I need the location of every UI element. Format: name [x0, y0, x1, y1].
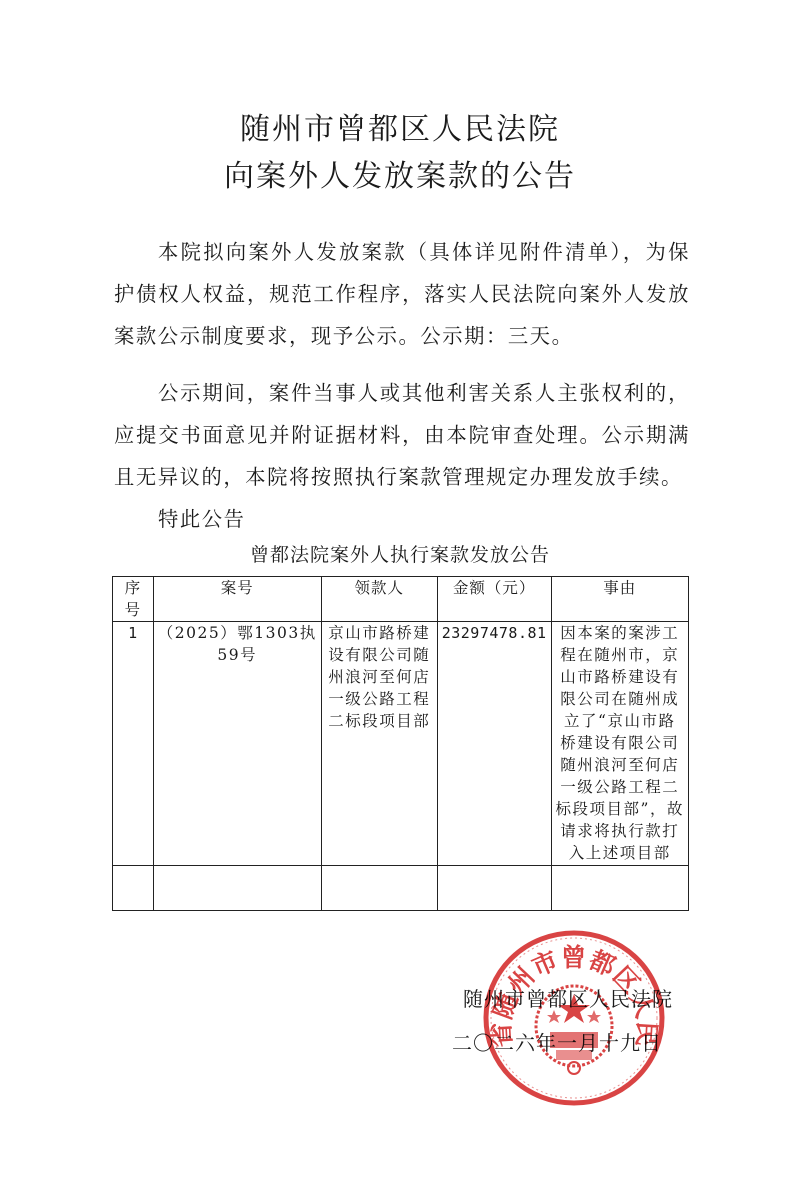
table-row: 1 （2025）鄂1303执 59号 京山市路桥建 设有限公司随 州浪河至何店 …	[113, 622, 689, 866]
cell-payee: 京山市路桥建 设有限公司随 州浪河至何店 一级公路工程 二标段项目部	[321, 622, 437, 866]
table-header-row: 序号 案号 领款人 金额（元） 事由	[113, 577, 689, 622]
case-number-line: 59号	[158, 644, 317, 666]
reason-line: 标段项目部”，故	[556, 798, 684, 820]
header-amount: 金额（元）	[437, 577, 551, 622]
payee-line: 设有限公司随	[326, 644, 433, 666]
payee-line: 京山市路桥建	[326, 622, 433, 644]
reason-line: 立了“京山市路	[556, 710, 684, 732]
payee-line: 二标段项目部	[326, 710, 433, 732]
title-notice-subject: 向案外人发放案款的公告	[0, 151, 800, 195]
payee-line: 州浪河至何店	[326, 666, 433, 688]
header-case-number: 案号	[153, 577, 321, 622]
header-index: 序号	[113, 577, 154, 622]
cell-empty	[113, 866, 154, 911]
cell-amount: 23297478.81	[437, 622, 551, 866]
paragraph-intro: 本院拟向案外人发放案款（具体详见附件清单），为保护债权人权益，规范工作程序，落实…	[114, 231, 690, 357]
reason-line: 因本案的案涉工	[556, 622, 684, 644]
title-court-name: 随州市曾都区人民法院	[0, 104, 800, 148]
disbursement-table: 序号 案号 领款人 金额（元） 事由 1 （2025）鄂1303执 59号 京山…	[112, 576, 689, 911]
table-caption: 曾都法院案外人执行案款发放公告	[112, 540, 688, 567]
national-emblem-icon	[536, 986, 612, 1074]
reason-line: 程在随州市，京	[556, 644, 684, 666]
payee-line: 一级公路工程	[326, 688, 433, 710]
cell-empty	[437, 866, 551, 911]
cell-empty	[321, 866, 437, 911]
svg-text:湖北省随州市曾都区人民法院: 湖北省随州市曾都区人民法院	[480, 928, 662, 1048]
reason-line: 限公司在随州成	[556, 688, 684, 710]
cell-empty	[551, 866, 688, 911]
cell-case-number: （2025）鄂1303执 59号	[153, 622, 321, 866]
reason-line: 入上述项目部	[556, 842, 684, 864]
table-row-empty	[113, 866, 689, 911]
reason-line: 桥建设有限公司	[556, 732, 684, 754]
header-reason: 事由	[551, 577, 688, 622]
paragraph-objection: 公示期间，案件当事人或其他利害关系人主张权利的，应提交书面意见并附证据材料，由本…	[114, 372, 690, 498]
reason-line: 随州浪河至何店	[556, 754, 684, 776]
reason-line: 一级公路工程二	[556, 776, 684, 798]
cell-empty	[153, 866, 321, 911]
case-number-line: （2025）鄂1303执	[158, 622, 317, 644]
cell-index: 1	[113, 622, 154, 866]
reason-line: 山市路桥建设有	[556, 666, 684, 688]
official-seal-icon: 湖北省随州市曾都区人民法院	[480, 928, 668, 1110]
reason-line: 请求将执行款打	[556, 820, 684, 842]
header-payee: 领款人	[321, 577, 437, 622]
paragraph-closing: 特此公告	[158, 498, 734, 540]
cell-reason: 因本案的案涉工 程在随州市，京 山市路桥建设有 限公司在随州成 立了“京山市路 …	[551, 622, 688, 866]
